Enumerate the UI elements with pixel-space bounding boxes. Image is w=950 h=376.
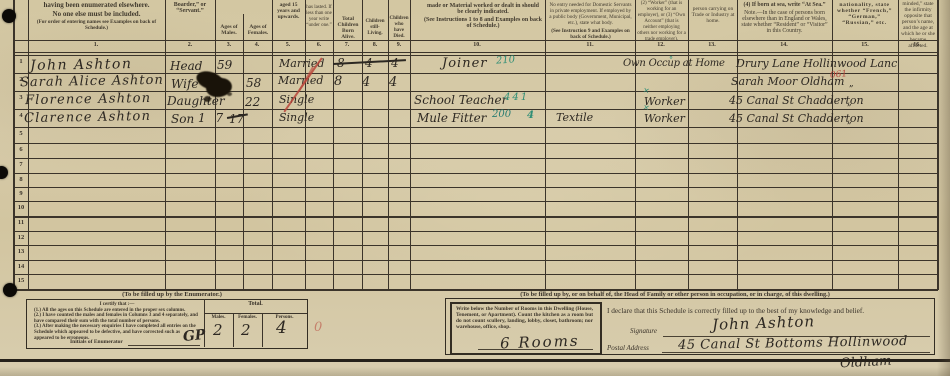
row-number: 11 xyxy=(15,219,27,226)
header-employment-status-column: (2) “Worker” (that is working for an emp… xyxy=(637,1,686,43)
column-number: 8. xyxy=(365,42,385,48)
row-divider xyxy=(14,231,938,232)
column-number: 2. xyxy=(180,42,200,48)
clerk-code-green: 441 xyxy=(504,92,529,103)
page-edge-shadow xyxy=(937,0,950,376)
totals-males-label: Males. xyxy=(204,315,233,320)
ink-blot xyxy=(227,92,232,96)
signature-value: John Ashton xyxy=(712,312,816,334)
bottom-heavy-rule xyxy=(0,359,950,362)
column-number: 11. xyxy=(580,42,600,48)
header-text: (See Instruction 9 and Examples on back … xyxy=(549,28,632,40)
row-divider xyxy=(14,52,938,53)
column-divider xyxy=(362,0,363,290)
totals-females-label: Females. xyxy=(233,315,262,320)
row-divider xyxy=(14,91,938,92)
row-number: 15 xyxy=(15,277,27,284)
clerk-code-green: 4 xyxy=(527,110,534,121)
entry-name: John Ashton xyxy=(30,56,133,74)
entry-children-died-struck: 4 xyxy=(391,56,399,70)
hole-punch xyxy=(2,9,16,23)
column-number: 6. xyxy=(309,42,329,48)
header-occupation-column: made or Material worked or dealt in shou… xyxy=(424,3,542,29)
ditto-mark: „ xyxy=(847,98,852,108)
entry-employment-status: Worker xyxy=(644,112,685,125)
clerk-code-teal: 200 xyxy=(492,109,511,120)
column-divider xyxy=(28,0,29,290)
row-divider xyxy=(14,245,938,246)
row-divider xyxy=(14,260,938,261)
row-number: 14 xyxy=(15,263,27,270)
row-number: 12 xyxy=(15,234,27,241)
column-divider xyxy=(272,0,273,290)
hole-punch xyxy=(0,166,8,179)
certify-clause-2: (2.) I have counted the males and female… xyxy=(34,313,200,324)
enumerator-section-heading: (To be filled up by the Enumerator.) xyxy=(22,291,322,298)
entry-children-died: 4 xyxy=(389,75,397,90)
header-relationship-column: Boarder,” or “Servant.” xyxy=(167,2,213,14)
column-divider xyxy=(832,0,833,290)
enumerator-initials-monogram: GP xyxy=(182,327,206,345)
column-number: 3. xyxy=(219,42,239,48)
clerk-code-red: 061 xyxy=(830,69,848,81)
column-divider xyxy=(737,0,738,290)
totals-table-divider xyxy=(204,313,307,314)
page-edge-shadow xyxy=(0,367,950,376)
entry-marital: Single xyxy=(279,111,314,124)
header-ages-males: Ages of Males. xyxy=(216,24,242,36)
initials-rule xyxy=(128,345,200,346)
column-number: 9. xyxy=(389,42,409,48)
header-marriage-column: aged 15 years and upwards. xyxy=(273,2,304,20)
column-divider xyxy=(635,0,636,290)
column-divider xyxy=(688,0,689,290)
row-divider xyxy=(14,173,938,174)
clerk-mark-green: ° xyxy=(669,55,673,64)
signature-label: Signature xyxy=(630,327,657,335)
column-divider xyxy=(410,0,411,290)
column-number: 5. xyxy=(278,42,298,48)
entry-children-living-struck: 4 xyxy=(365,56,373,70)
postal-address-label: Postal Address xyxy=(607,344,649,352)
header-text: (For order of entering names see Example… xyxy=(30,19,163,31)
row-number: 13 xyxy=(15,248,27,255)
row-number: 6 xyxy=(15,146,27,153)
entry-relation: Head xyxy=(170,59,202,73)
header-industry-column: No entry needed for Domestic Servants in… xyxy=(549,2,632,40)
ditto-mark: „ xyxy=(849,79,854,89)
entry-occupation: School Teacher xyxy=(414,93,507,107)
header-text: made or Material worked or dealt in shou… xyxy=(427,3,539,15)
entry-employment-status: Own Occup at Home xyxy=(623,58,725,69)
row-number: 1 xyxy=(15,58,27,65)
header-years-married-column: has lasted. If less than one year write … xyxy=(306,5,332,29)
column-number: 4. xyxy=(247,42,267,48)
header-children-died-column: Children who have Died. xyxy=(389,16,409,40)
row-divider xyxy=(14,143,938,144)
header-text: Note.—In the case of persons born elsewh… xyxy=(740,10,829,34)
entry-age-female: 58 xyxy=(246,76,261,90)
ink-blot xyxy=(204,96,211,102)
census-form-scan: having been enumerated elsewhere. No one… xyxy=(0,0,950,376)
header-birthplace-column: (4) If born at sea, write “At Sea.” Note… xyxy=(740,2,829,34)
totals-persons-value: 4 xyxy=(276,318,287,338)
ditto-mark: „ xyxy=(847,116,852,126)
row-divider xyxy=(14,201,938,202)
header-text: No one else must be included. xyxy=(30,11,163,17)
entry-employment-status: Worker xyxy=(644,95,685,108)
row-divider xyxy=(14,274,938,275)
row-divider xyxy=(14,109,938,110)
header-text: No entry needed for Domestic Servants in… xyxy=(549,2,631,26)
enumerator-certify-text: I certify that :— (1.) All the ages on t… xyxy=(34,302,200,341)
entry-occupation: Mule Fitter xyxy=(417,111,486,125)
header-name-column: having been enumerated elsewhere. No one… xyxy=(30,2,163,31)
entry-industry: Textile xyxy=(556,111,593,124)
column-number: 1. xyxy=(86,42,106,48)
column-divider xyxy=(898,0,899,290)
column-divider xyxy=(545,0,546,290)
row-number: 7 xyxy=(15,161,27,168)
entry-occupation: Joiner xyxy=(442,56,487,71)
header-at-home-column: person carrying on Trade or Industry at … xyxy=(691,6,735,24)
header-nationality-column: nationality, state whether “French,” “Ge… xyxy=(834,2,895,26)
column-divider xyxy=(305,0,306,290)
rooms-value: 6 Rooms xyxy=(500,332,580,353)
column-number: 16. xyxy=(907,42,927,48)
totals-title: Total. xyxy=(204,301,307,307)
entry-birthplace: 45 Canal St Chadderton xyxy=(729,112,864,125)
entry-name: Sarah Alice Ashton xyxy=(20,73,164,91)
column-number: 13. xyxy=(702,42,722,48)
column-divider xyxy=(165,0,166,290)
row-divider xyxy=(14,127,938,128)
entry-name: Florence Ashton xyxy=(25,91,151,108)
column-divider xyxy=(333,0,334,290)
header-ages-females: Ages of Females. xyxy=(245,24,271,36)
column-number: 14. xyxy=(774,42,794,48)
stray-red-mark: 0 xyxy=(314,320,322,335)
totals-females-value: 2 xyxy=(241,321,251,339)
initials-label: Initials of Enumerator xyxy=(70,339,123,345)
header-children-living-column: Children still- Living. xyxy=(363,19,387,37)
entry-age-female: 22 xyxy=(245,95,260,109)
row-number: 8 xyxy=(15,176,27,183)
totals-males-value: 2 xyxy=(213,321,223,339)
entry-children-born: 8 xyxy=(334,74,342,89)
row-divider xyxy=(14,216,938,218)
column-number: 15. xyxy=(855,42,875,48)
row-number: 9 xyxy=(15,190,27,197)
row-number: 10 xyxy=(15,204,27,211)
entry-birthplace: Sarah Moor Oldham xyxy=(731,75,844,88)
header-text: (4) If born at sea, write “At Sea.” xyxy=(744,2,826,8)
entry-age-male: 1 7 xyxy=(198,111,226,125)
header-text: having been enumerated elsewhere. xyxy=(43,1,149,9)
column-divider xyxy=(215,0,216,290)
entry-children-living: 4 xyxy=(362,75,370,90)
entry-relation: Wife xyxy=(171,77,199,91)
rooms-instruction: Write below the Number of Rooms in this … xyxy=(456,306,593,330)
row-divider xyxy=(14,187,938,188)
head-section-heading: (To be filled up by, or on behalf of, th… xyxy=(440,291,910,298)
row-number: 5 xyxy=(15,130,27,137)
header-children-born-column: Total Children Born Alive. xyxy=(335,16,361,40)
entry-name: Clarence Ashton xyxy=(24,109,151,126)
row-divider xyxy=(14,158,938,159)
entry-age-male: 59 xyxy=(217,58,232,72)
hole-punch xyxy=(3,283,17,297)
row-divider xyxy=(14,40,938,41)
entry-birthplace: 45 Canal St Chadderton xyxy=(729,94,864,107)
column-number: 7. xyxy=(337,42,357,48)
header-text: (See Instructions 1 to 8 and Examples on… xyxy=(424,17,542,29)
entry-relation: Son xyxy=(171,112,194,126)
column-number: 12. xyxy=(651,42,671,48)
column-number: 10. xyxy=(467,42,487,48)
clerk-code-green: 210 xyxy=(496,54,516,66)
column-divider xyxy=(13,0,15,290)
entry-birthplace: Drury Lane Hollinwood Lanc xyxy=(736,57,897,70)
